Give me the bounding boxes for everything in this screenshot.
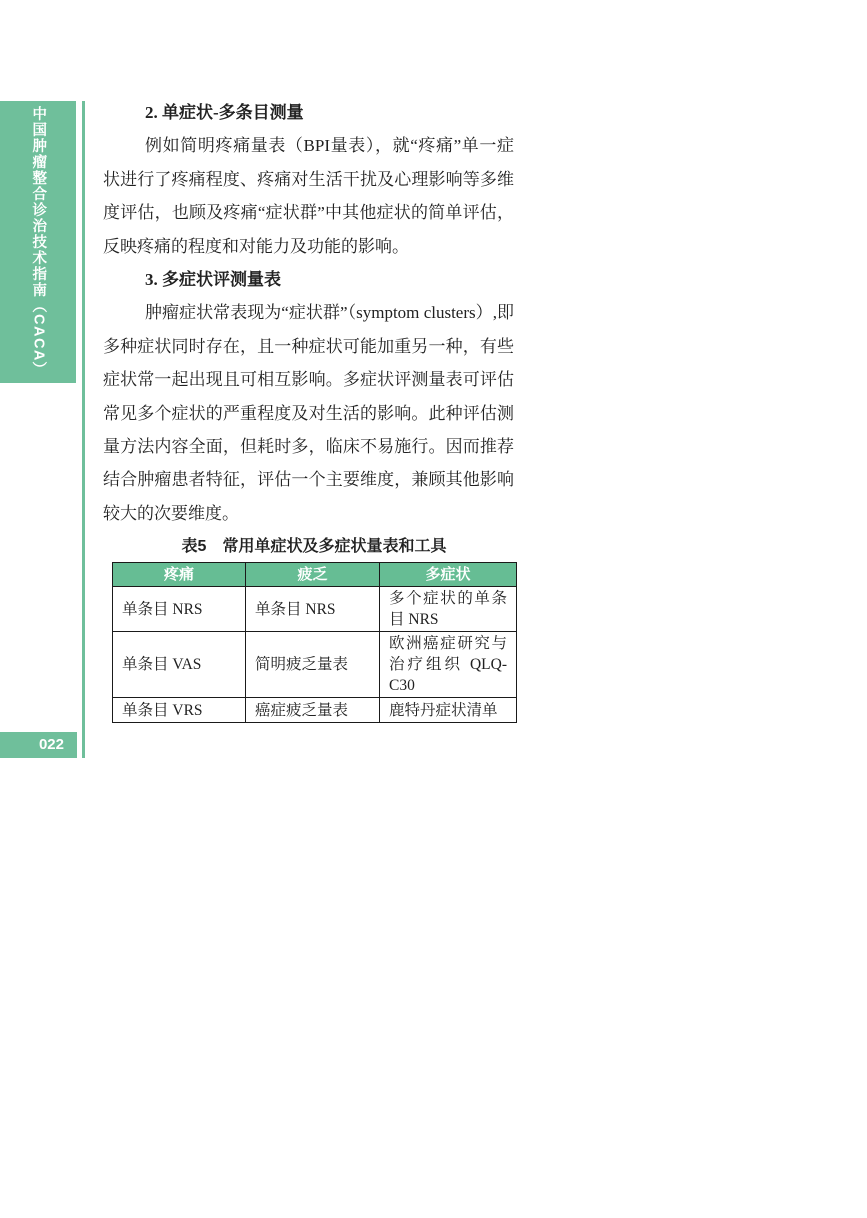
- table-cell: 单条目 NRS: [113, 587, 246, 632]
- table-cell: 多个症状的单条目 NRS: [380, 587, 517, 632]
- sidebar-divider-line: [82, 101, 85, 758]
- table-row: 单条目 VRS 癌症疲乏量表 鹿特丹症状清单: [113, 698, 517, 723]
- symptom-scale-table: 疼痛 疲乏 多症状 单条目 NRS 单条目 NRS 多个症状的单条目 NRS 单…: [112, 562, 517, 723]
- section-2-paragraph: 例如简明疼痛量表（BPI量表），就“疼痛”单一症状进行了疼痛程度、疼痛对生活干扰…: [103, 129, 514, 263]
- page-number-badge: 022: [0, 732, 77, 758]
- book-page: 中国肿瘤整合诊治技术指南（CACA） 022 2. 单症状-多条目测量 例如简明…: [0, 0, 867, 1218]
- table-cell: 欧洲癌症研究与治疗组织 QLQ-C30: [380, 632, 517, 698]
- table-cell: 简明疲乏量表: [246, 632, 380, 698]
- table-caption: 表5 常用单症状及多症状量表和工具: [112, 536, 516, 558]
- table-cell: 单条目 VAS: [113, 632, 246, 698]
- section-heading-3: 3. 多症状评测量表: [103, 263, 514, 296]
- sidebar-banner: 中国肿瘤整合诊治技术指南（CACA）: [0, 101, 76, 383]
- table-cell: 鹿特丹症状清单: [380, 698, 517, 723]
- section-heading-2: 2. 单症状-多条目测量: [103, 96, 514, 129]
- table-header-fatigue: 疲乏: [246, 563, 380, 587]
- table-row: 单条目 VAS 简明疲乏量表 欧洲癌症研究与治疗组织 QLQ-C30: [113, 632, 517, 698]
- table-row: 单条目 NRS 单条目 NRS 多个症状的单条目 NRS: [113, 587, 517, 632]
- section-3-paragraph: 肿瘤症状常表现为“症状群”（symptom clusters）,即多种症状同时存…: [103, 296, 514, 530]
- table-cell: 单条目 VRS: [113, 698, 246, 723]
- sidebar-title: 中国肿瘤整合诊治技术指南（CACA）: [31, 106, 46, 378]
- table-header-row: 疼痛 疲乏 多症状: [113, 563, 517, 587]
- table-header-pain: 疼痛: [113, 563, 246, 587]
- table-header-multi-symptom: 多症状: [380, 563, 517, 587]
- body-text-column: 2. 单症状-多条目测量 例如简明疼痛量表（BPI量表），就“疼痛”单一症状进行…: [103, 96, 514, 530]
- table-cell: 癌症疲乏量表: [246, 698, 380, 723]
- table-cell: 单条目 NRS: [246, 587, 380, 632]
